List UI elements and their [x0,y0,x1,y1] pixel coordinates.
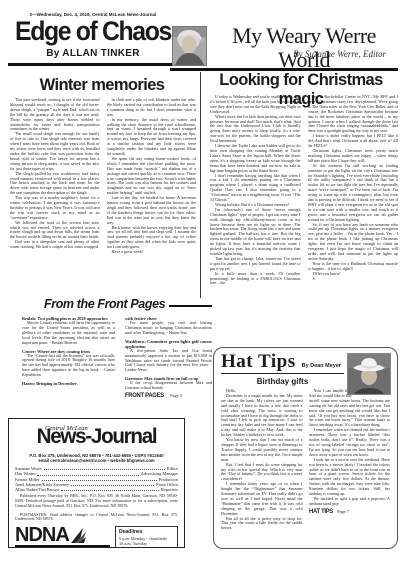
staff-row: Allan Tinker/Tim BrownReporters [15,487,178,492]
front-pages-section-title: From the Front Pages [44,297,165,311]
dotted-leader [37,475,138,476]
front-pages-item-body: If the co-op disagreement between Max an… [125,381,212,391]
paragraph: This past weekend, waiting to see if the… [10,98,100,132]
front-pages-item-body: For some people, you can't start blaring… [125,321,212,336]
paragraph: But, I feel that I must do some shopping… [221,463,303,483]
ndna-logo: NDNA NORTH DAKOTA NEWSPAPER ASSOCIATION [15,526,110,548]
front-pages-column-2: with festive cheerFor some people, you c… [125,316,212,424]
byline-suzanne-werre: By Suzanne Werre, Editor [293,49,386,59]
jump-page: Page 3 [170,394,182,399]
paragraph: If today is Wednesday and you're reading… [210,95,301,115]
right-column-masthead: My Weary Werre World By Suzanne Werre, E… [170,26,398,71]
paragraph: What's more fun for kids than picking ou… [210,115,301,144]
paragraph: Have a great week! [107,250,197,255]
ndna-leaf-icon [70,526,86,544]
front-pages-item: Center: Where are they coming fromThe “C… [22,349,115,379]
paragraph: Dad was in a sheepskin coat and plenty o… [10,240,100,250]
front-pages-item: Beulah: Two polling places as 2020 appro… [22,316,115,346]
paragraph: I'm (obviously) one of those “never enou… [210,208,301,257]
newspaper-masthead-box: Central McLean News-Journal P.O. Box 375… [8,418,185,548]
front-pages-item-body: A five-person Sales Tax and Use board un… [125,349,212,374]
paragraph: You know by now that I am not much of a … [221,438,303,463]
ndna-acronym: NDNA [15,526,69,544]
front-pages-item-body: The “Center-Just ask the Scientist” site… [22,354,115,379]
column-title-edge-of-chaos: Edge of Chaos [15,18,171,45]
hat-tips-column-1: Hello,December is a tough month for me. … [221,389,303,529]
dotted-leader [42,480,157,481]
paragraph: December is a tough month for me. My not… [221,394,303,438]
staff-name: Allan Tinker/Tim Brown [15,487,59,492]
byline-allan-tinker: By ALLAN TINKER [8,48,178,59]
christmas-magic-article: If today is Wednesday and you're reading… [210,95,398,343]
paragraph: I remember when we cleaned out her mothe… [309,428,391,457]
front-pages-columns: Beulah: Two polling places as 2020 appro… [22,316,212,424]
winter-memories-column-2: in cloth and a pile of soft blankets und… [107,98,197,296]
postmaster-notice: POSTMASTER: Send address changes to Cent… [15,513,178,522]
ndna-full-name: NORTH DAKOTA NEWSPAPER ASSOCIATION [15,545,110,548]
staff-list: Suzanne WerreEditorDan WinterAdvertising… [15,466,178,492]
byline-dean-meyer: By Dean Meyer [302,363,341,369]
winter-memories-column-1: This past weekend, waiting to see if the… [10,98,100,296]
paragraph: So, if any of you have any leads on some… [308,223,399,262]
paragraph: At this moment I'm still working on find… [308,164,399,223]
hat-tips-jump-line: HAT TIPS Page 7 [309,510,391,515]
hat-tips-header: Hat Tips By Dean Meyer [221,352,344,374]
paragraph: in cloth and a pile of soft blankets und… [107,98,197,118]
paragraph: Back home, with the horses enjoying thei… [107,226,197,251]
christmas-magic-column-2: one at Rockefeller Center in NYC. My BFF… [308,95,399,343]
paragraph: I took her to a movie over the weekend. … [309,458,391,497]
paragraph: Late in the day, we headed for home. A k… [107,196,197,225]
logo-news-journal: News-Journal [17,426,177,448]
dotted-leader [71,485,154,486]
front-pages-item-body: Mercer County residents will have the op… [22,321,115,346]
dotted-leader [44,469,166,470]
masthead-bottom-row: NDNA NORTH DAKOTA NEWSPAPER ASSOCIATION … [15,526,178,548]
paragraph: But all in all she is pretty easy to sho… [221,517,303,529]
paragraph: We followed the road to the section line… [10,221,100,241]
text-line: 10 a.m. Tuesday - advertisements, [119,541,174,548]
paragraph: I don't remember having anything like th… [210,174,301,203]
paragraph: S. [308,277,399,282]
hat-tips-box: Hat Tips By Dean Meyer Birthday gifts He… [213,347,398,549]
front-pages-item: Garrison: Max stands firm on full co-opI… [125,376,212,391]
paragraph: In my memory, the usual dress of winter … [107,118,197,157]
front-pages-item: with festive cheerFor some people, you c… [125,316,212,336]
jump-label: FRONT PAGES [125,394,164,399]
christmas-magic-column-1: If today is Wednesday and you're reading… [210,95,301,343]
front-pages-header-rule [169,305,212,307]
paragraph: Likewise, the Turtle Lake-area kiddos wi… [210,144,301,173]
hat-tips-column-2: Now I can handle that. And she would lik… [309,389,391,529]
paragraph: In a little more than a week, I'll (weat… [210,272,301,287]
newspaper-opinion-page: 2—Wednesday, Dec. 4, 2019, Central McLea… [0,0,400,567]
paragraph: Christmas lights, Christmas trees, prett… [308,149,399,164]
front-pages-section-header: From the Front Pages [22,297,212,311]
jump-label: HAT TIPS [309,510,333,515]
paragraph: I remember thirty years ago or so when I… [221,482,303,516]
paragraph: We spent the day eating home-cooked food… [107,157,197,196]
dotted-leader [61,490,159,491]
column-divider-rule [200,72,201,298]
front-pages-item: Washburn: Committee green lights golf co… [125,339,212,374]
newspaper-logo: Central McLean News-Journal [15,426,178,453]
publish-info: Published every Thursday by BHG, Inc., P… [15,494,178,508]
paragraph: The sleigh, pulled by two workhorses, ha… [10,172,100,197]
columnist-photo-suzanne-werre [172,26,207,66]
staff-role: Reporters [161,487,178,492]
paragraph: I know it didn't really happen, but I FE… [308,134,399,149]
paragraph: That has got to change. Like, tomorrow. … [210,257,301,272]
column-title-my-weary-werre-world: My Weary Werre World [210,24,398,72]
front-pages-jump-line: FRONT PAGES Page 3 [125,394,212,399]
paragraph: one at Rockefeller Center in NYC. My BFF… [308,95,399,134]
headline-birthday-gifts: Birthday gifts [221,377,344,386]
front-pages-item-head: Hazen: Bringing in December [22,381,115,386]
jump-page: Page 7 [337,510,349,515]
front-pages-item: Hazen: Bringing in December [22,381,115,386]
paragraph: We decided to split a pop and a popcorn.… [309,497,391,507]
headline-winter-memories: Winter memories [8,76,196,95]
paragraph: The small wood sleigh was enough for our… [10,132,100,171]
deadlines-box: Deadlines 5 p.m. Monday - classifieds10 … [115,526,178,548]
masthead-contact-line: email centralmclean@westriv.com • websit… [15,458,178,463]
deadlines-title: Deadlines [119,529,174,535]
hat-tips-columns: Hello,December is a tough month for me. … [221,389,390,529]
from-the-front-pages-section: From the Front Pages Beulah: Two polling… [22,297,212,424]
columnist-photo-dean-meyer [347,353,391,395]
left-column-masthead: 2—Wednesday, Dec. 4, 2019, Central McLea… [8,12,178,66]
front-pages-column-1: Beulah: Two polling places as 2020 appro… [22,316,115,424]
paragraph: This trip was to a nearby neighbor's hou… [10,196,100,221]
hat-tips-title: Hat Tips [221,352,296,371]
winter-memories-article: This past weekend, waiting to see if the… [10,98,196,296]
